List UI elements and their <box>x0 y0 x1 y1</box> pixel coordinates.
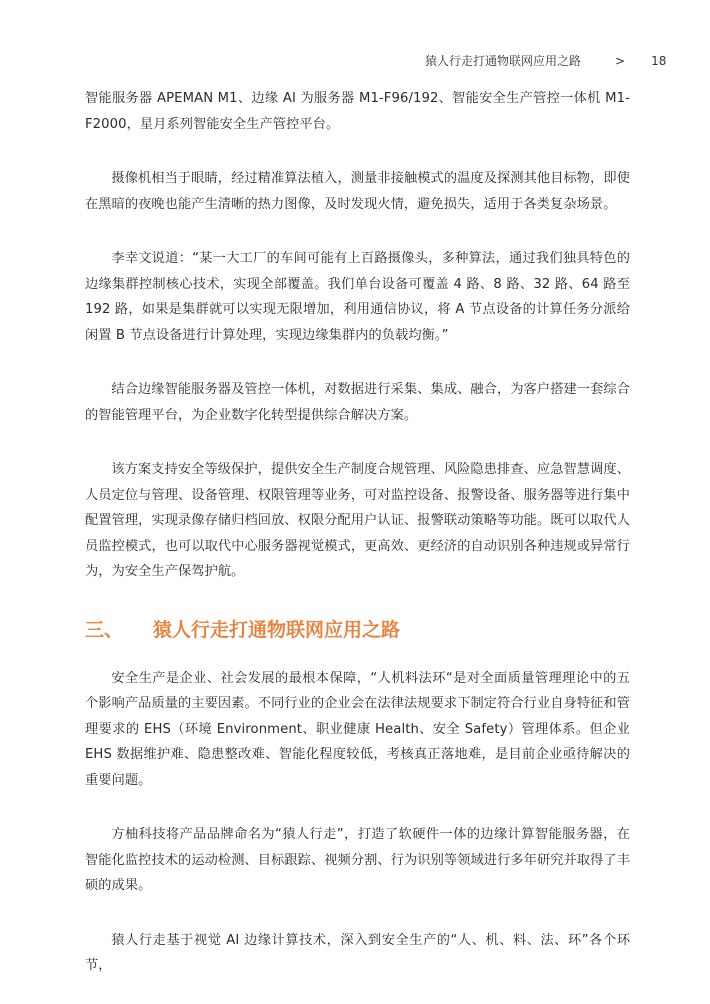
paragraph-camera: 摄像机相当于眼睛，经过精准算法植入，测量非接触模式的温度及探测其他目标物，即使在… <box>85 166 630 217</box>
document-body: 智能服务器 APEMAN M1、边缘 AI 为服务器 M1-F96/192、智能… <box>85 86 630 1004</box>
paragraph-platform: 结合边缘智能服务器及管控一体机，对数据进行采集、集成、融合，为客户搭建一套综合的… <box>85 377 630 428</box>
paragraph-safety: 安全生产是企业、社会发展的最根本保障，“人机料法环“是对全面质量管理理论中的五个… <box>85 666 630 794</box>
section-title: 猿人行走打通物联网应用之路 <box>153 615 400 642</box>
header-title: 猿人行走打通物联网应用之路 <box>425 52 581 69</box>
header-separator: > <box>615 54 625 68</box>
running-header: 猿人行走打通物联网应用之路 > 18 <box>425 52 666 69</box>
paragraph-solution: 该方案支持安全等级保护，提供安全生产制度合规管理、风险隐患排查、应急智慧调度、人… <box>85 457 630 585</box>
section-heading: 三、 猿人行走打通物联网应用之路 <box>85 614 630 644</box>
paragraph-vision-ai: 猿人行走基于视觉 AI 边缘计算技术，深入到安全生产的“人、机、料、法、环”各个… <box>85 928 630 979</box>
page-number: 18 <box>651 54 666 68</box>
paragraph-quote: 李幸文说道：“某一大工厂的车间可能有上百路摄像头，多种算法，通过我们独具特色的边… <box>85 246 630 348</box>
paragraph-brand: 方柚科技将产品品牌命名为“猿人行走”，打造了软硬件一体的边缘计算智能服务器，在智… <box>85 822 630 899</box>
section-number: 三、 <box>85 615 123 642</box>
paragraph-product-list: 智能服务器 APEMAN M1、边缘 AI 为服务器 M1-F96/192、智能… <box>85 86 630 137</box>
